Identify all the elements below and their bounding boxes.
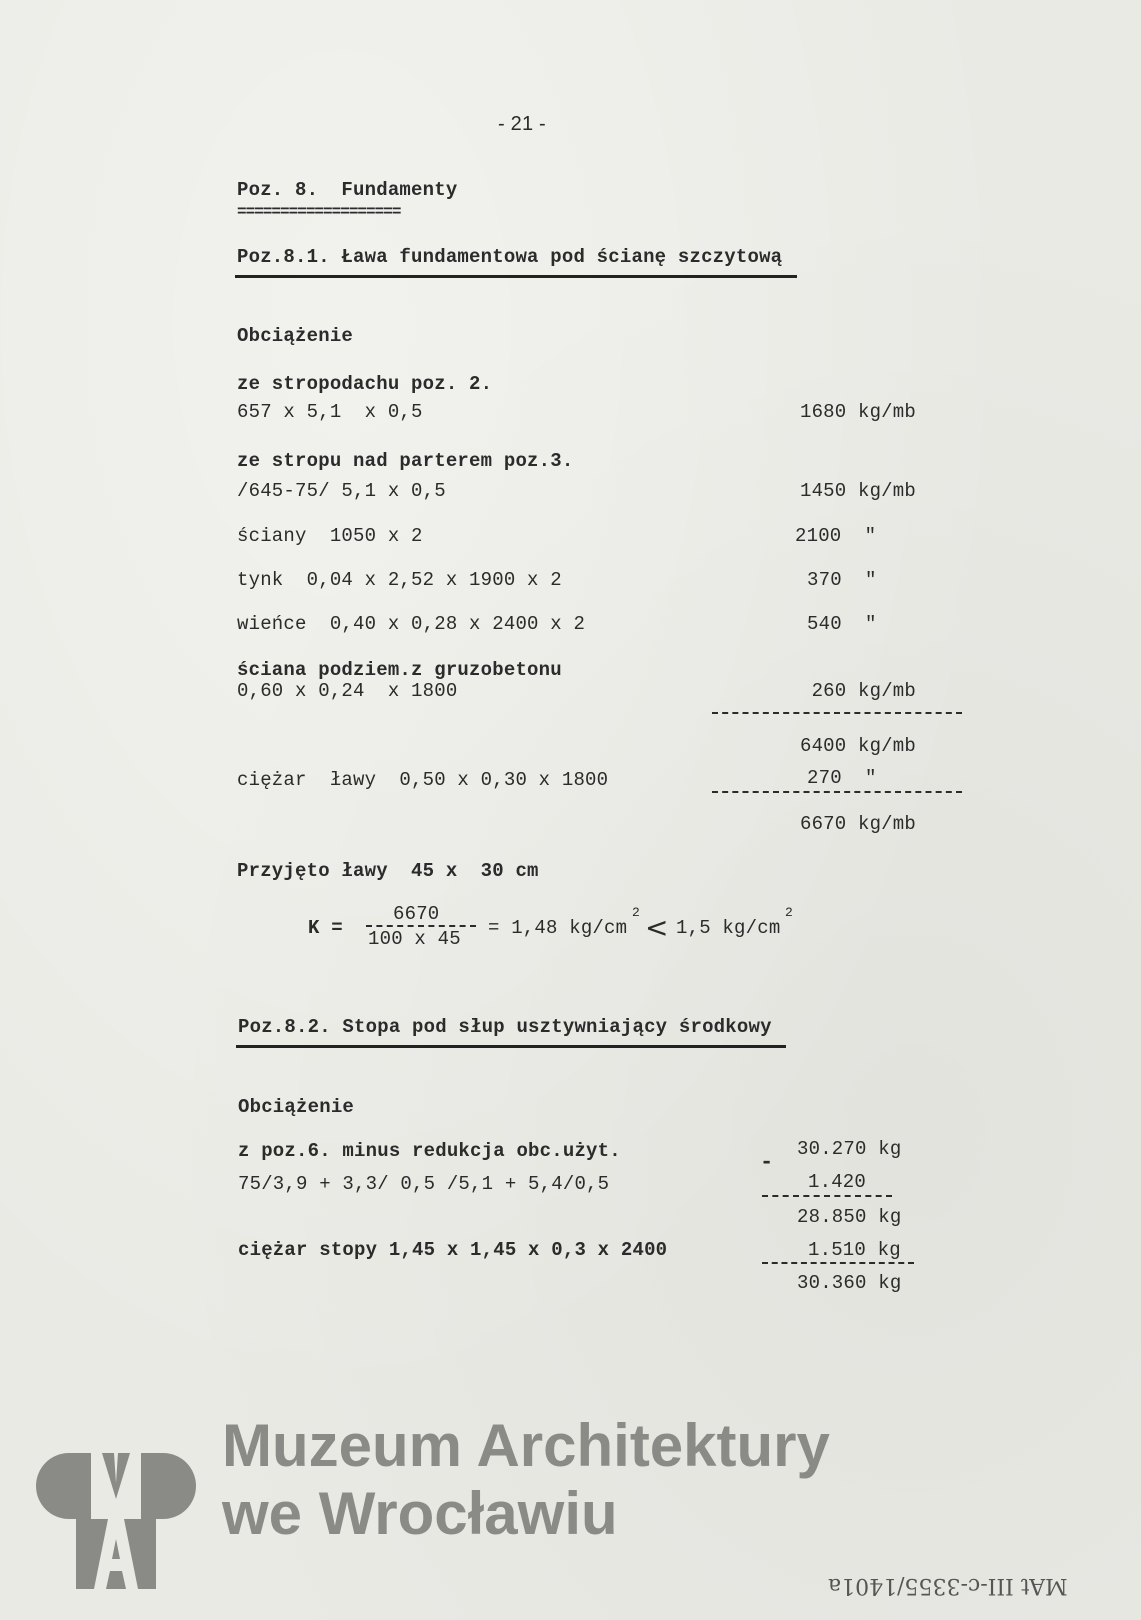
load-row-value: 1680 kg/mb <box>800 403 916 422</box>
footing-weight-value: 1.510 kg <box>808 1241 901 1260</box>
footing-weight-formula: ciężar ławy 0,50 x 0,30 x 1800 <box>237 771 608 790</box>
load-row-formula: 75/3,9 + 3,3/ 0,5 /5,1 + 5,4/0,5 <box>238 1175 609 1194</box>
total-value: 30.360 kg <box>797 1274 901 1293</box>
load-row-value: 1.420 <box>808 1173 866 1192</box>
subtotal-value: 28.850 kg <box>797 1208 901 1227</box>
load-row-value: 370 " <box>807 571 877 590</box>
subsection-2-load-heading: Obciążenie <box>238 1098 354 1117</box>
load-row-value: 2100 " <box>795 527 876 546</box>
sum-divider <box>712 712 962 714</box>
section-title: Poz. 8. Fundamenty <box>237 181 457 200</box>
load-row-value: 30.270 kg <box>797 1140 901 1159</box>
fraction-bar <box>366 925 476 927</box>
stress-denominator: 100 x 45 <box>368 930 461 949</box>
load-row-formula: wieńce 0,40 x 0,28 x 2400 x 2 <box>237 615 585 634</box>
stress-result: = 1,48 kg/cm <box>488 919 627 938</box>
watermark-line-1: Muzeum Architektury <box>222 1416 830 1476</box>
load-row-formula: 657 x 5,1 x 0,5 <box>237 403 423 422</box>
load-row-value: 540 " <box>807 615 877 634</box>
load-row-label: ze stropodachu poz. 2. <box>237 375 492 394</box>
load-row-formula: tynk 0,04 x 2,52 x 1900 x 2 <box>237 571 562 590</box>
less-than-sign: < <box>645 914 669 942</box>
subsection-1-underline <box>235 275 797 278</box>
exponent: 2 <box>632 906 640 919</box>
subsection-1-title: Poz.8.1. Ława fundamentowa pod ścianę sz… <box>237 248 782 267</box>
load-row-label: ze stropu nad parterem poz.3. <box>237 452 573 471</box>
sum-divider <box>762 1195 892 1197</box>
load-row-formula: z poz.6. minus redukcja obc.użyt. <box>238 1142 621 1161</box>
load-row-value: 260 kg/mb <box>812 682 916 701</box>
subsection-2-underline <box>236 1045 786 1048</box>
exponent: 2 <box>785 906 793 919</box>
load-row-label: ściana podziem.z gruzobetonu <box>237 661 562 680</box>
stress-lhs: K = <box>308 919 343 938</box>
museum-logo-icon <box>36 1453 196 1589</box>
load-row-value: 1450 kg/mb <box>800 482 916 501</box>
sum-divider <box>762 1262 914 1264</box>
load-row-formula: /645-75/ 5,1 x 0,5 <box>237 482 446 501</box>
section-title-underline: =================== <box>237 203 400 221</box>
footing-weight-formula: ciężar stopy 1,45 x 1,45 x 0,3 x 2400 <box>238 1241 667 1260</box>
footing-weight-value: 270 " <box>807 769 877 788</box>
load-row-formula: ściany 1050 x 2 <box>237 527 423 546</box>
adopted-dimensions: Przyjęto ławy 45 x 30 cm <box>237 862 539 881</box>
stress-numerator: 6670 <box>393 905 439 924</box>
watermark-line-2: we Wrocławiu <box>222 1484 618 1544</box>
document-page: - 21 - Poz. 8. Fundamenty ==============… <box>0 0 1141 1620</box>
subsection-1-load-heading: Obciążenie <box>237 327 353 346</box>
subtotal-value: 6400 kg/mb <box>800 737 916 756</box>
subsection-2-title: Poz.8.2. Stopa pod słup usztywniający śr… <box>238 1018 772 1037</box>
total-value: 6670 kg/mb <box>800 815 916 834</box>
minus-sign: - <box>760 1152 773 1174</box>
stress-limit: 1,5 kg/cm <box>676 919 780 938</box>
sum-divider <box>712 791 962 793</box>
handwritten-archive-note: MAt III-c-3355/1401a <box>828 1573 1068 1598</box>
page-number: - 21 - <box>498 114 546 134</box>
load-row-formula: 0,60 x 0,24 x 1800 <box>237 682 457 701</box>
